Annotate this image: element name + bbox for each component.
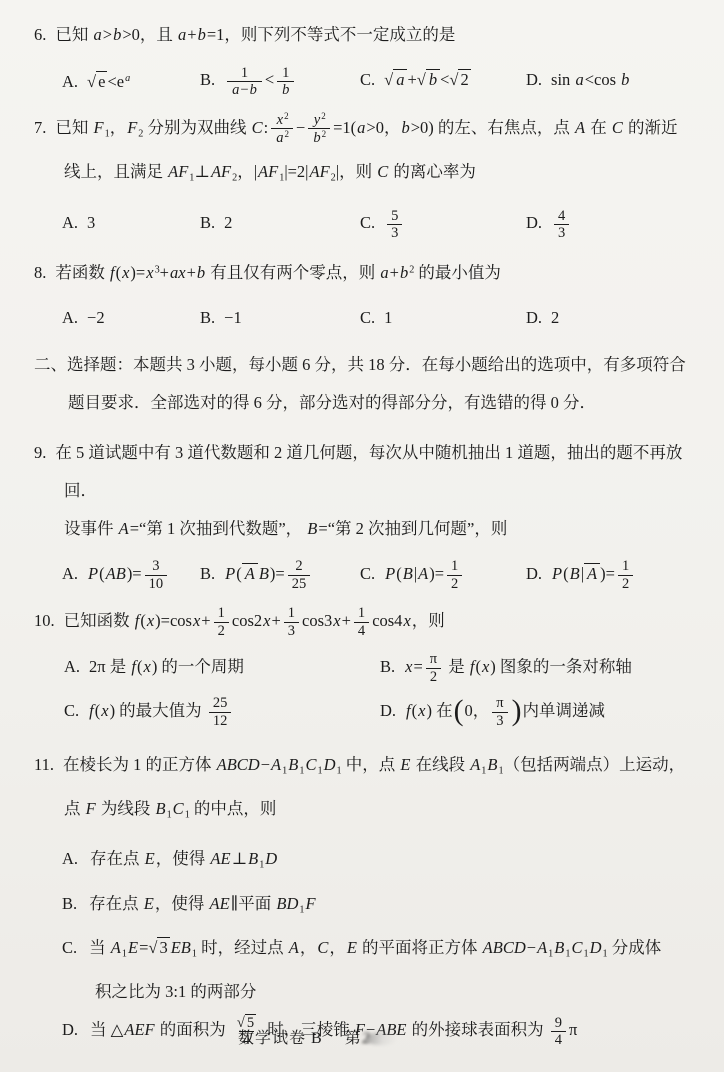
option-7-d: D.43 <box>526 204 700 242</box>
option-text: 存在点 E，使得 AE∥平面 BD1F <box>89 894 316 913</box>
option-label: D. <box>380 692 396 730</box>
question-stem-text: 若函数 f(x)=x3+ax+b 有且仅有两个零点，则 a+b2 的最小值为 <box>55 263 501 282</box>
option-text: 2 <box>224 213 232 232</box>
option-8-b: B.−1 <box>200 299 360 337</box>
option-text: f(x) 在(0，π3)内单调递减 <box>405 692 605 730</box>
option-6-c: C.√a+√b<√2 <box>360 61 526 99</box>
section-2-header: 二、选择题：本题共 3 小题，每小题 6 分，共 18 分．在每小题给出的选项中… <box>34 346 700 422</box>
page-curl-smudge <box>366 1032 396 1045</box>
option-label: B. <box>200 564 215 583</box>
option-label: C. <box>64 692 79 730</box>
option-label: A. <box>64 648 80 686</box>
option-11-b: B.存在点 E，使得 AE∥平面 BD1F <box>62 885 700 929</box>
question-6-stem: 6.已知 a>b>0，且 a+b=1，则下列不等式不一定成立的是 <box>34 16 700 54</box>
option-11-c: C.当 A1E=√3EB1 时，经过点 A，C，E 的平面将正方体 ABCD−A… <box>62 929 700 1011</box>
question-11: 11.在棱长为 1 的正方体 ABCD−A1B1C1D1 中，点 E 在线段 A… <box>34 746 700 1049</box>
option-text: x=π2 是 f(x) 图象的一条对称轴 <box>404 648 632 686</box>
question-7-stem: 7.已知 F1，F2 分别为双曲线 C:x2a2−y2b2=1(a>0，b>0)… <box>34 109 700 198</box>
option-label: A. <box>62 72 78 91</box>
option-label: C. <box>62 938 77 957</box>
footer-doc-title: 数学试卷 B <box>238 1030 323 1047</box>
option-text: −1 <box>224 308 242 327</box>
option-label: A. <box>62 849 78 868</box>
option-8-c: C.1 <box>360 299 526 337</box>
option-9-a: A.P(AB)=310 <box>62 555 200 593</box>
option-label: A. <box>62 564 78 583</box>
option-label: D. <box>62 1020 78 1039</box>
option-label: B. <box>380 648 395 686</box>
footer-page-prefix: 第 <box>345 1030 362 1047</box>
option-10-d: D.f(x) 在(0，π3)内单调递减 <box>380 690 700 732</box>
option-text: −2 <box>87 308 105 327</box>
question-number: 10. <box>34 611 55 630</box>
option-text: √a+√b<√2 <box>384 69 471 89</box>
option-text: P(B|A)=12 <box>551 564 636 583</box>
option-label: D. <box>526 308 542 327</box>
option-8-d: D.2 <box>526 299 700 337</box>
option-text: √e<ea <box>87 72 131 91</box>
question-11-stem: 11.在棱长为 1 的正方体 ABCD−A1B1C1D1 中，点 E 在线段 A… <box>34 746 700 835</box>
option-10-a: A.2π 是 f(x) 的一个周期 <box>64 646 380 688</box>
question-stem-text: 在 5 道试题中有 3 道代数题和 2 道几何题，每次从中随机抽出 1 道题，抽… <box>55 443 682 538</box>
option-7-c: C.53 <box>360 204 526 242</box>
question-9-options: A.P(AB)=310 B.P(AB)=225 C.P(B|A)=12 D.P(… <box>62 554 700 594</box>
question-9: 9.在 5 道试题中有 3 道代数题和 2 道几何题，每次从中随机抽出 1 道题… <box>34 434 700 594</box>
option-label: C. <box>360 564 375 583</box>
question-7-options: A.3 B.2 C.53 D.43 <box>62 203 700 243</box>
option-label: A. <box>62 213 78 232</box>
option-6-d: D.sin a<cos b <box>526 61 700 99</box>
option-text: f(x) 的最大值为 2512 <box>88 692 234 730</box>
option-text: 1a−b<1b <box>224 70 297 89</box>
question-11-options: A.存在点 E，使得 AE⊥B1D B.存在点 E，使得 AE∥平面 BD1F … <box>62 840 700 1049</box>
option-label: C. <box>360 213 375 232</box>
question-8: 8.若函数 f(x)=x3+ax+b 有且仅有两个零点，则 a+b2 的最小值为… <box>34 251 700 338</box>
option-text: P(AB)=310 <box>87 564 170 583</box>
option-7-b: B.2 <box>200 204 360 242</box>
question-number: 9. <box>34 443 46 462</box>
option-label: B. <box>200 70 215 89</box>
question-9-stem: 9.在 5 道试题中有 3 道代数题和 2 道几何题，每次从中随机抽出 1 道题… <box>34 434 700 548</box>
option-6-a: A.√e<ea <box>62 60 200 101</box>
question-8-stem: 8.若函数 f(x)=x3+ax+b 有且仅有两个零点，则 a+b2 的最小值为 <box>34 251 700 292</box>
question-6: 6.已知 a>b>0，且 a+b=1，则下列不等式不一定成立的是 A.√e<ea… <box>34 16 700 101</box>
option-text: 2π 是 f(x) 的一个周期 <box>89 648 244 686</box>
option-6-b: B.1a−b<1b <box>200 61 360 99</box>
option-text: 53 <box>384 213 405 232</box>
question-stem-text: 已知 a>b>0，且 a+b=1，则下列不等式不一定成立的是 <box>55 25 455 44</box>
option-label: B. <box>200 308 215 327</box>
option-8-a: A.−2 <box>62 299 200 337</box>
option-text: P(AB)=225 <box>224 564 313 583</box>
option-7-a: A.3 <box>62 204 200 242</box>
page-footer: 数学试卷 B第2 <box>238 1025 396 1048</box>
option-11-a: A.存在点 E，使得 AE⊥B1D <box>62 840 700 884</box>
question-stem-text: 已知函数 f(x)=cosx+12cos2x+13cos3x+14cos4x，则 <box>64 611 445 630</box>
option-label: B. <box>200 213 215 232</box>
option-text: 3 <box>87 213 95 232</box>
option-10-b: B.x=π2 是 f(x) 图象的一条对称轴 <box>380 646 700 688</box>
option-label: A. <box>62 308 78 327</box>
option-10-c: C.f(x) 的最大值为 2512 <box>64 690 380 732</box>
question-number: 8. <box>34 263 46 282</box>
option-text: P(B|A)=12 <box>384 564 465 583</box>
option-text: sin a<cos b <box>551 70 630 89</box>
question-10-options: A.2π 是 f(x) 的一个周期 B.x=π2 是 f(x) 图象的一条对称轴… <box>64 646 700 732</box>
option-text: 当 A1E=√3EB1 时，经过点 A，C，E 的平面将正方体 ABCD−A1B… <box>89 938 661 1001</box>
question-8-options: A.−2 B.−1 C.1 D.2 <box>62 298 700 338</box>
question-10-stem: 10.已知函数 f(x)=cosx+12cos2x+13cos3x+14cos4… <box>34 602 700 640</box>
option-label: C. <box>360 308 375 327</box>
question-number: 7. <box>34 118 46 137</box>
option-label: D. <box>526 70 542 89</box>
option-label: C. <box>360 70 375 89</box>
option-label: D. <box>526 213 542 232</box>
question-stem-text: 在棱长为 1 的正方体 ABCD−A1B1C1D1 中，点 E 在线段 A1B1… <box>63 755 685 818</box>
exam-page: 6.已知 a>b>0，且 a+b=1，则下列不等式不一定成立的是 A.√e<ea… <box>0 0 724 1072</box>
option-label: D. <box>526 564 542 583</box>
option-text: 1 <box>384 308 392 327</box>
option-text: 2 <box>551 308 559 327</box>
question-10: 10.已知函数 f(x)=cosx+12cos2x+13cos3x+14cos4… <box>34 602 700 732</box>
option-text: 43 <box>551 213 572 232</box>
question-7: 7.已知 F1，F2 分别为双曲线 C:x2a2−y2b2=1(a>0，b>0)… <box>34 109 700 244</box>
question-number: 11. <box>34 755 54 774</box>
option-9-d: D.P(B|A)=12 <box>526 555 700 593</box>
question-stem-text: 已知 F1，F2 分别为双曲线 C:x2a2−y2b2=1(a>0，b>0) 的… <box>55 118 677 181</box>
option-label: B. <box>62 894 77 913</box>
option-text: 存在点 E，使得 AE⊥B1D <box>90 849 278 868</box>
option-9-c: C.P(B|A)=12 <box>360 555 526 593</box>
question-6-options: A.√e<ea B.1a−b<1b C.√a+√b<√2 D.sin a<cos… <box>62 60 700 101</box>
option-9-b: B.P(AB)=225 <box>200 555 360 593</box>
question-number: 6. <box>34 25 46 44</box>
